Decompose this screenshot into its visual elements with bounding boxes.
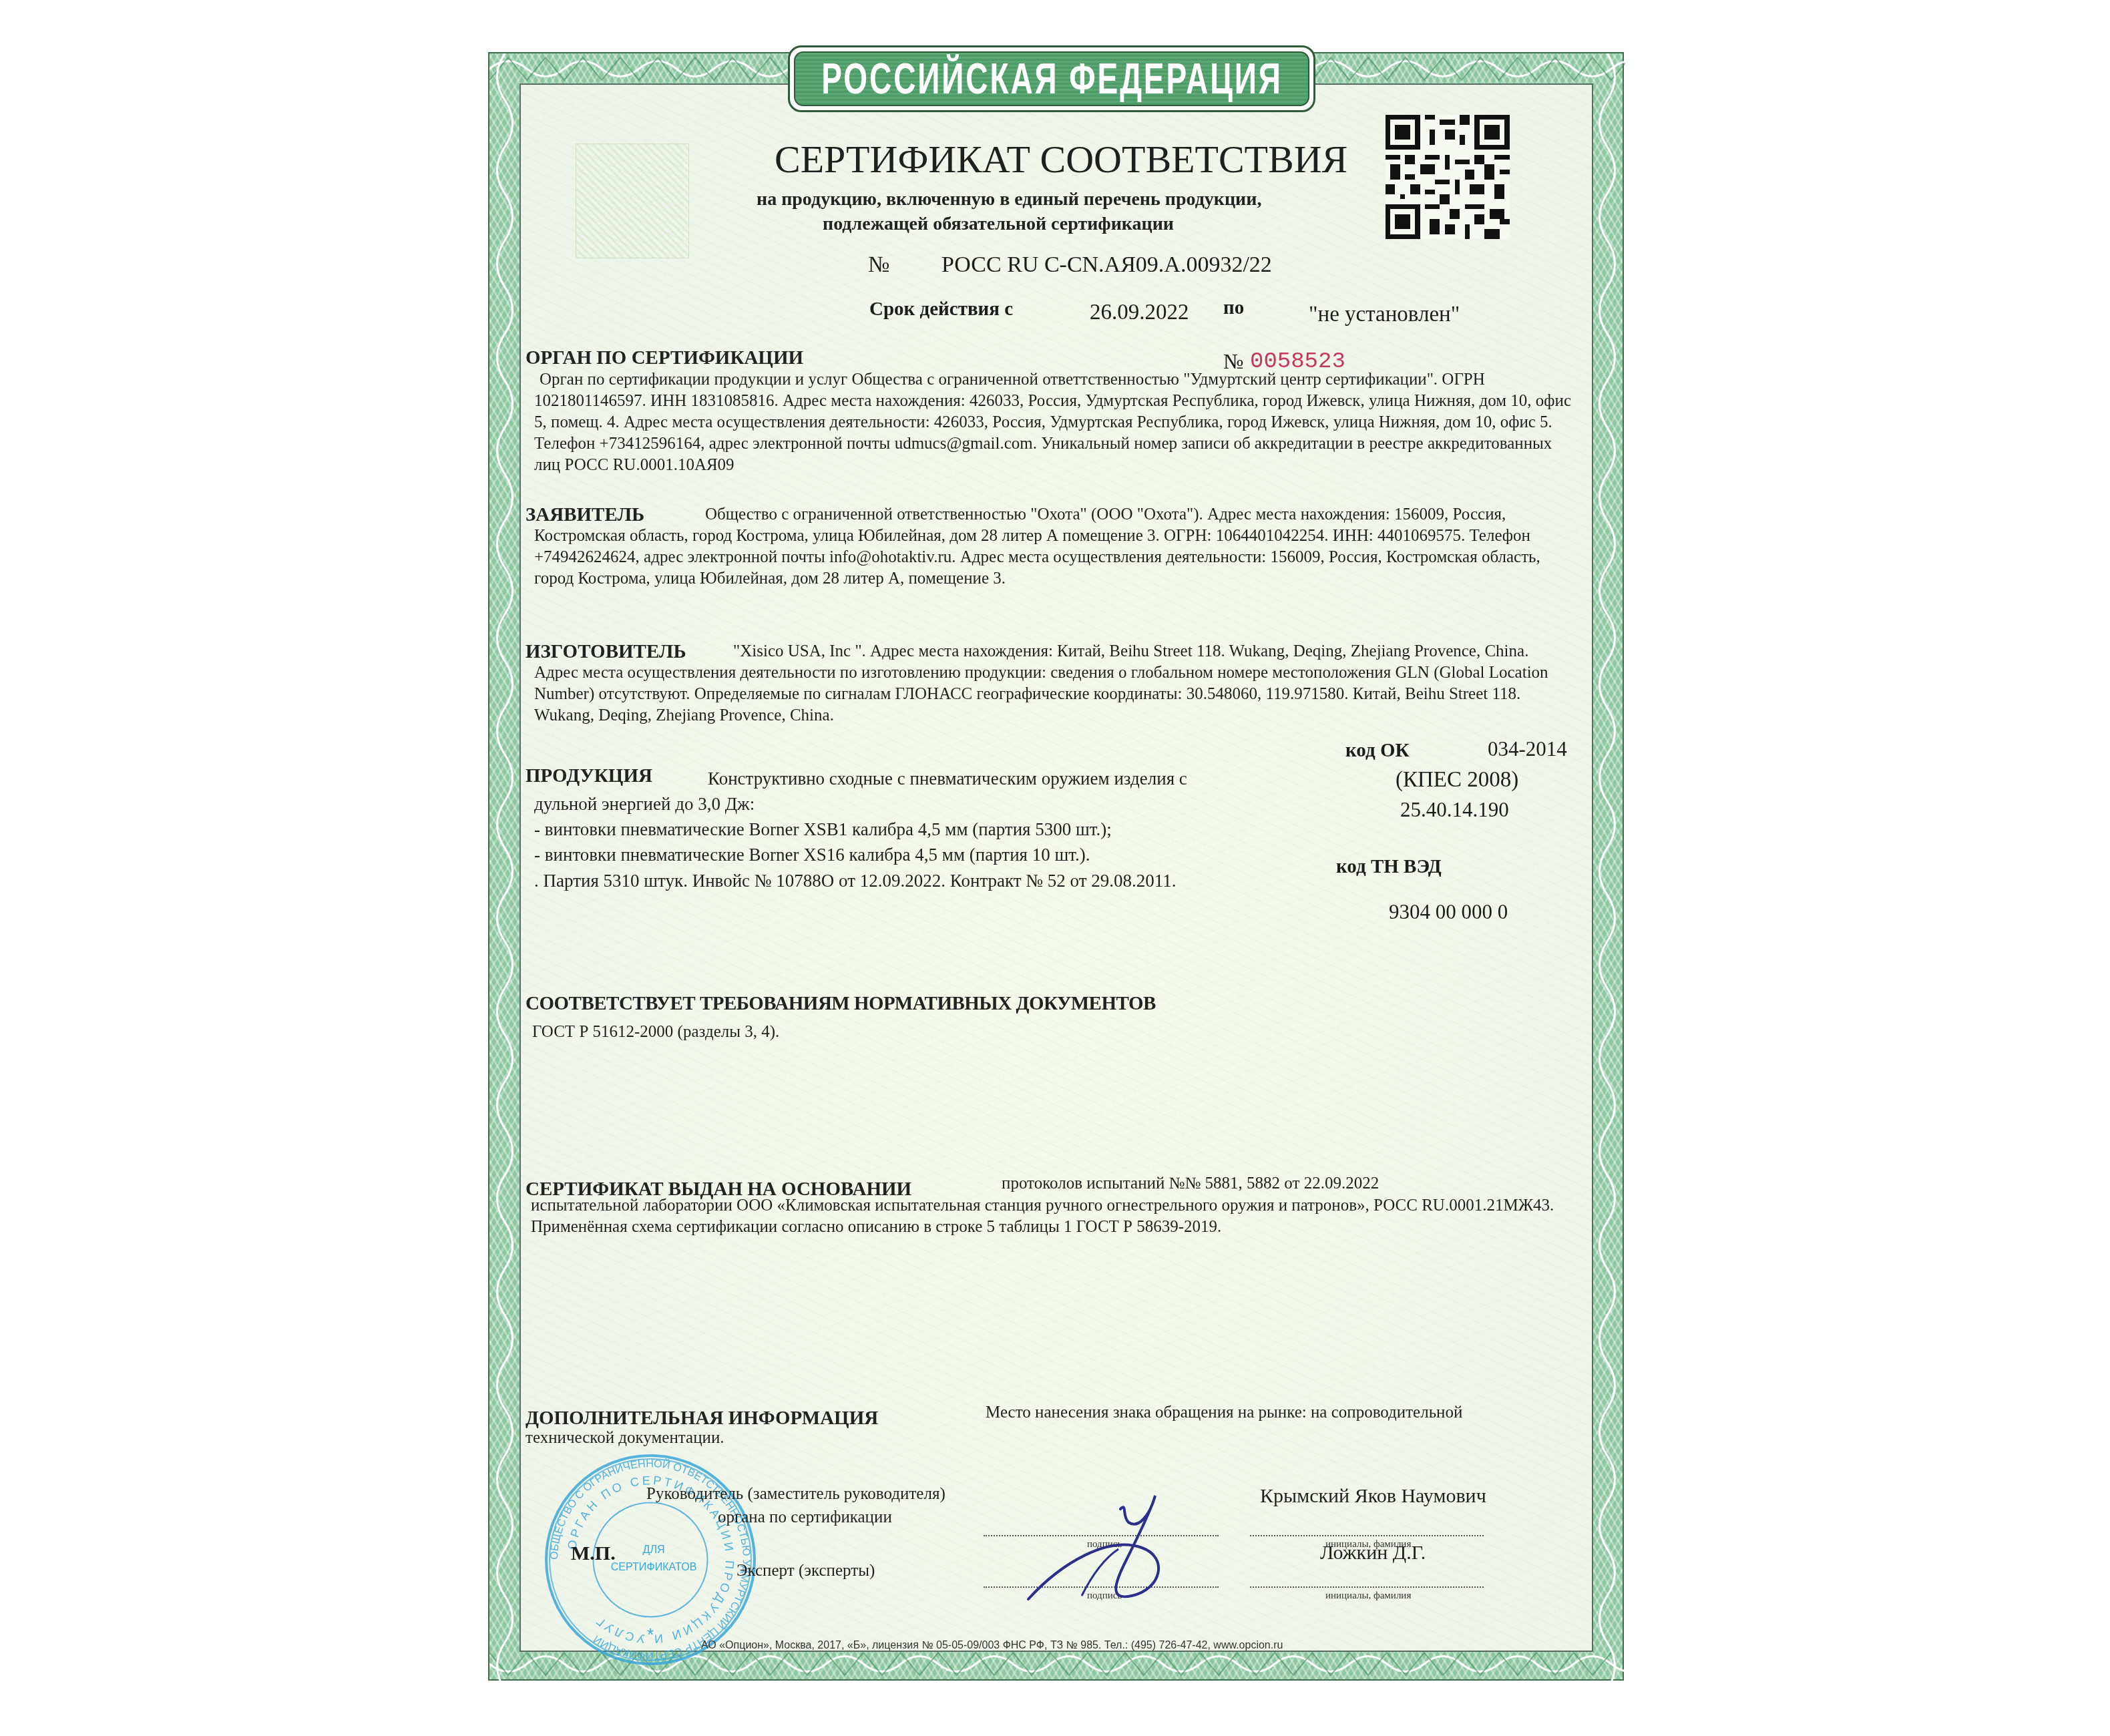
stamp-place-label: М.П.	[571, 1542, 616, 1565]
document-subtitle-line2: подлежащей обязательной сертификации	[823, 214, 1174, 235]
expert-label: Эксперт (эксперты)	[736, 1560, 875, 1582]
section-heading-additional-info: ДОПОЛНИТЕЛЬНАЯ ИНФОРМАЦИЯ	[525, 1407, 878, 1430]
country-banner-text: РОССИЙСКАЯ ФЕДЕРАЦИЯ	[821, 54, 1282, 103]
country-banner: РОССИЙСКАЯ ФЕДЕРАЦИЯ	[788, 45, 1315, 112]
section-heading-conformity: СООТВЕТСТВУЕТ ТРЕБОВАНИЯМ НОРМАТИВНЫХ ДО…	[525, 993, 1156, 1015]
product-line: Конструктивно сходные с пневматическим о…	[708, 768, 1187, 789]
document-title: СЕРТИФИКАТ СООТВЕТСТВИЯ	[775, 137, 1347, 182]
svg-text:ДЛЯ: ДЛЯ	[642, 1544, 664, 1556]
head-name: Крымский Яков Наумович	[1260, 1486, 1486, 1507]
ok-code-label: код ОК	[1345, 740, 1410, 762]
applicant-text: Общество с ограниченной ответственностью…	[534, 504, 1576, 590]
head-label-line1: Руководитель (заместитель руководителя)	[646, 1484, 945, 1505]
basis-text: испытательной лаборатории ООО «Климовска…	[531, 1195, 1566, 1238]
product-line: - винтовки пневматические Borner XSB1 ка…	[534, 819, 1112, 840]
ok-code-standard: 034-2014	[1488, 737, 1567, 761]
section-heading-certification-body: ОРГАН ПО СЕРТИФИКАЦИИ	[525, 347, 803, 369]
svg-text:СЕРТИФИКАТОВ: СЕРТИФИКАТОВ	[611, 1561, 697, 1573]
product-line: . Партия 5310 штук. Инвойс № 10788О от 1…	[534, 870, 1177, 891]
border-ornament-right	[1592, 53, 1623, 1682]
border-ornament-left	[489, 53, 520, 1682]
product-line: дульной энергией до 3,0 Дж:	[534, 793, 755, 815]
watermark-emblem	[576, 144, 689, 258]
validity-to-label: по	[1223, 297, 1244, 319]
signature-scribble	[1008, 1482, 1195, 1609]
manufacturer-text: "Xisico USA, Inc ". Адрес места нахожден…	[534, 641, 1576, 726]
document-subtitle-line1: на продукцию, включенную в единый перече…	[757, 189, 1261, 210]
validity-label: Срок действия с	[869, 298, 1013, 320]
tnved-code-value: 9304 00 000 0	[1389, 900, 1508, 924]
section-heading-product: ПРОДУКЦИЯ	[525, 765, 652, 787]
head-label-line2: органа по сертификации	[718, 1507, 892, 1528]
ok-code-value: 25.40.14.190	[1400, 798, 1509, 822]
additional-info-first-line: Место нанесения знака обращения на рынке…	[986, 1402, 1462, 1424]
head-name-line	[1250, 1535, 1484, 1536]
certificate-number-label: №	[868, 252, 889, 278]
printer-info: АО «Опцион», Москва, 2017, «Б», лицензия…	[701, 1640, 1283, 1652]
tnved-code-label: код ТН ВЭД	[1336, 856, 1442, 878]
additional-info-second-line: технической документации.	[525, 1428, 724, 1449]
expert-name-caption: инициалы, фамилия	[1325, 1590, 1411, 1602]
basis-first-line: протоколов испытаний №№ 5881, 5882 от 22…	[1002, 1173, 1379, 1195]
certificate-number: РОСС RU C-CN.АЯ09.А.00932/22	[941, 252, 1272, 278]
validity-from: 26.09.2022	[1090, 300, 1189, 325]
certification-body-text: Орган по сертификации продукции и услуг …	[534, 369, 1576, 476]
conformity-text: ГОСТ Р 51612-2000 (разделы 3, 4).	[532, 1022, 779, 1043]
svg-text:*: *	[647, 1624, 654, 1645]
product-line: - винтовки пневматические Borner XS16 ка…	[534, 844, 1090, 865]
ok-code-classifier: (КПЕС 2008)	[1396, 768, 1518, 793]
validity-to: "не установлен"	[1309, 302, 1460, 327]
qr-code-icon	[1384, 115, 1510, 239]
expert-name-line	[1250, 1586, 1484, 1588]
expert-name: Ложкин Д.Г.	[1320, 1542, 1426, 1564]
